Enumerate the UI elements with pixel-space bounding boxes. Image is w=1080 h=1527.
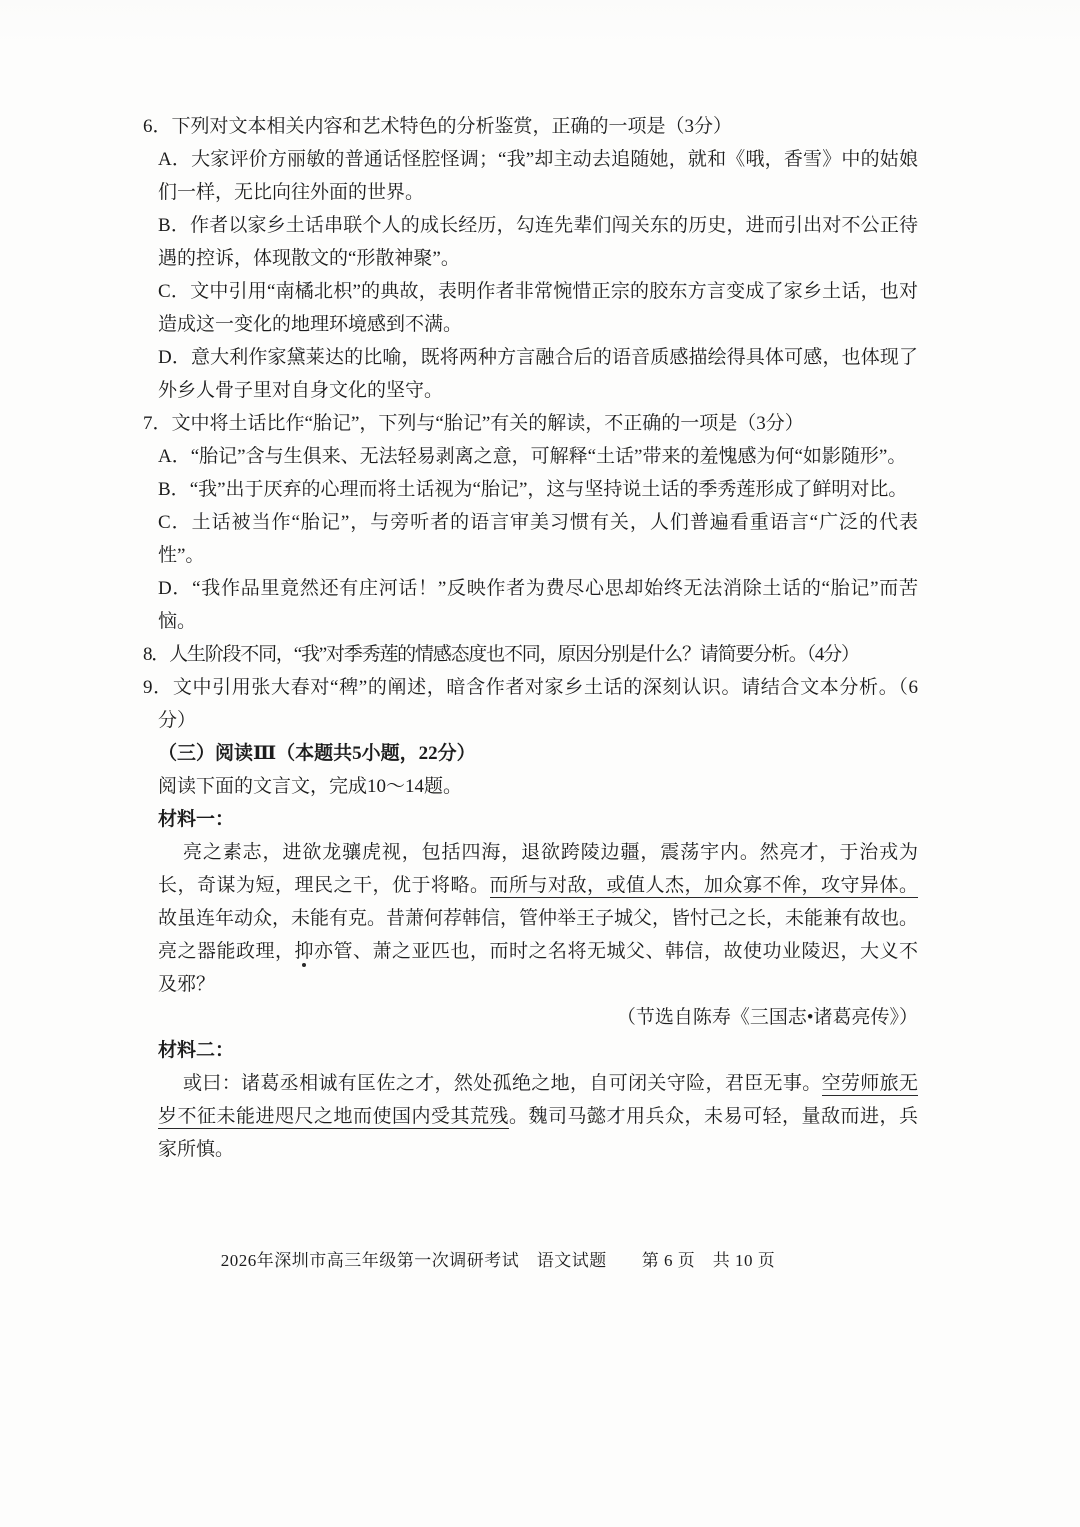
question-6-stem: 6．下列对文本相关内容和艺术特色的分析鉴赏，正确的一项是（3分）	[158, 110, 918, 143]
option-label: D．	[158, 578, 192, 599]
material-1-text: 亮之素志，进欲龙骧虎视，包括四海，退欲跨陵边疆，震荡宇内。然亮才，于治戎为长，奇…	[158, 836, 918, 1001]
option-label: C．	[158, 281, 190, 302]
question-8-stem: 8．人生阶段不同，“我”对季秀莲的情感态度也不同，原因分别是什么？请简要分析。（…	[158, 638, 918, 671]
question-8-text: 人生阶段不同，“我”对季秀莲的情感态度也不同，原因分别是什么？请简要分析。（4分…	[169, 644, 859, 665]
material-1-underlined-passage: 而所与对敌，或值人杰，加众寡不侔，攻守异体。	[490, 875, 918, 898]
question-7-number: 7．	[143, 413, 172, 434]
question-6-option-a: A．大家评价方丽敏的普通话怪腔怪调；“我”却主动去追随她，就和《哦，香雪》中的姑…	[158, 143, 918, 209]
question-7-stem: 7．文中将土话比作“胎记”，下列与“胎记”有关的解读，不正确的一项是（3分）	[158, 407, 918, 440]
page-footer: 2026年深圳市高三年级第一次调研考试 语文试题 第 6 页 共 10 页	[158, 1248, 918, 1273]
option-label: C．	[158, 512, 192, 533]
question-8-number: 8．	[143, 644, 169, 665]
question-6-text: 下列对文本相关内容和艺术特色的分析鉴赏，正确的一项是（3分）	[172, 116, 733, 137]
question-9-number: 9．	[143, 677, 173, 698]
material-2-label: 材料二：	[158, 1034, 918, 1067]
question-7-text: 文中将土话比作“胎记”，下列与“胎记”有关的解读，不正确的一项是（3分）	[172, 413, 804, 434]
section-intro: 阅读下面的文言文，完成10～14题。	[158, 770, 918, 803]
option-label: B．	[158, 479, 190, 500]
option-text: 文中引用“南橘北枳”的典故，表明作者非常惋惜正宗的胶东方言变成了家乡土话，也对造…	[158, 281, 918, 335]
question-7-option-b: B．“我”出于厌弃的心理而将土话视为“胎记”，这与坚持说土话的季秀莲形成了鲜明对…	[158, 473, 918, 506]
option-label: B．	[158, 215, 190, 236]
material-1-source: （节选自陈寿《三国志•诸葛亮传》）	[158, 1001, 918, 1034]
question-7-option-a: A．“胎记”含与生俱来、无法轻易剥离之意，可解释“土话”带来的羞愧感为何“如影随…	[158, 440, 918, 473]
question-6-option-b: B．作者以家乡土话串联个人的成长经历，勾连先辈们闯关东的历史，进而引出对不公正待…	[158, 209, 918, 275]
question-7-option-c: C．土话被当作“胎记”，与旁听者的语言审美习惯有关，人们普遍看重语言“广泛的代表…	[158, 506, 918, 572]
question-9-stem: 9．文中引用张大春对“稗”的阐述，暗含作者对家乡土话的深刻认识。请结合文本分析。…	[158, 671, 918, 737]
section-heading: （三）阅读Ⅲ（本题共5小题，22分）	[158, 737, 918, 770]
question-6-option-c: C．文中引用“南橘北枳”的典故，表明作者非常惋惜正宗的胶东方言变成了家乡土话，也…	[158, 275, 918, 341]
option-label: D．	[158, 347, 191, 368]
question-6-option-d: D．意大利作家黛莱达的比喻，既将两种方言融合后的语音质感描绘得具体可感，也体现了…	[158, 341, 918, 407]
option-label: A．	[158, 149, 191, 170]
question-6-number: 6．	[143, 116, 172, 137]
exam-page: 6．下列对文本相关内容和艺术特色的分析鉴赏，正确的一项是（3分） A．大家评价方…	[0, 0, 1080, 1527]
material-1-label: 材料一：	[158, 803, 918, 836]
question-9-text: 文中引用张大春对“稗”的阐述，暗含作者对家乡土话的深刻认识。请结合文本分析。（6…	[158, 677, 918, 731]
option-text: “胎记”含与生俱来、无法轻易剥离之意，可解释“土话”带来的羞愧感为何“如影随形”…	[191, 446, 907, 467]
option-text: “我作品里竟然还有庄河话！”反映作者为费尽心思却始终无法消除土话的“胎记”而苦恼…	[158, 578, 918, 632]
material-2-seg1: 或曰：诸葛丞相诚有匡佐之才，然处孤绝之地，自可闭关守险，君臣无事。	[183, 1073, 822, 1094]
page-content: 6．下列对文本相关内容和艺术特色的分析鉴赏，正确的一项是（3分） A．大家评价方…	[158, 110, 918, 1166]
material-1-emphasized-char: 抑	[295, 941, 315, 962]
question-7-option-d: D．“我作品里竟然还有庄河话！”反映作者为费尽心思却始终无法消除土话的“胎记”而…	[158, 572, 918, 638]
option-text: 土话被当作“胎记”，与旁听者的语言审美习惯有关，人们普遍看重语言“广泛的代表性”…	[158, 512, 918, 566]
option-text: 意大利作家黛莱达的比喻，既将两种方言融合后的语音质感描绘得具体可感，也体现了外乡…	[158, 347, 918, 401]
option-text: 大家评价方丽敏的普通话怪腔怪调；“我”却主动去追随她，就和《哦，香雪》中的姑娘们…	[158, 149, 918, 203]
option-text: 作者以家乡土话串联个人的成长经历，勾连先辈们闯关东的历史，进而引出对不公正待遇的…	[158, 215, 918, 269]
option-label: A．	[158, 446, 191, 467]
option-text: “我”出于厌弃的心理而将土话视为“胎记”，这与坚持说土话的季秀莲形成了鲜明对比。	[190, 479, 908, 500]
material-2-text: 或曰：诸葛丞相诚有匡佐之才，然处孤绝之地，自可闭关守险，君臣无事。空劳师旅无岁不…	[158, 1067, 918, 1166]
